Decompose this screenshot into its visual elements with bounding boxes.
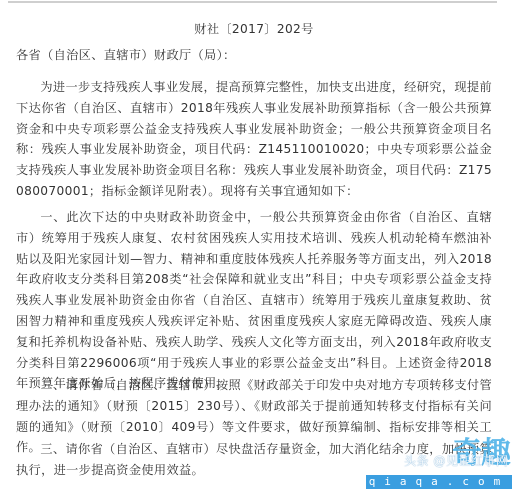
- paragraph-intro: 为进一步支持残疾人事业发展，提高预算完整性，加快支出进度，经研究，现提前下达你省…: [16, 77, 492, 202]
- document-number: 财社〔2017〕202号: [16, 19, 492, 40]
- salutation: 各省（自治区、直辖市）财政厅（局）：: [16, 45, 492, 66]
- top-divider: [8, 1, 497, 3]
- paragraph-three: 三、请你省（自治区、直辖市）尽快盘活存量资金，加大消化结余力度，加快预算执行，进…: [16, 439, 492, 481]
- paragraph-one: 一、此次下达的中央财政补助资金中，一般公共预算资金由你省（自治区、直辖市）统筹用…: [16, 207, 492, 394]
